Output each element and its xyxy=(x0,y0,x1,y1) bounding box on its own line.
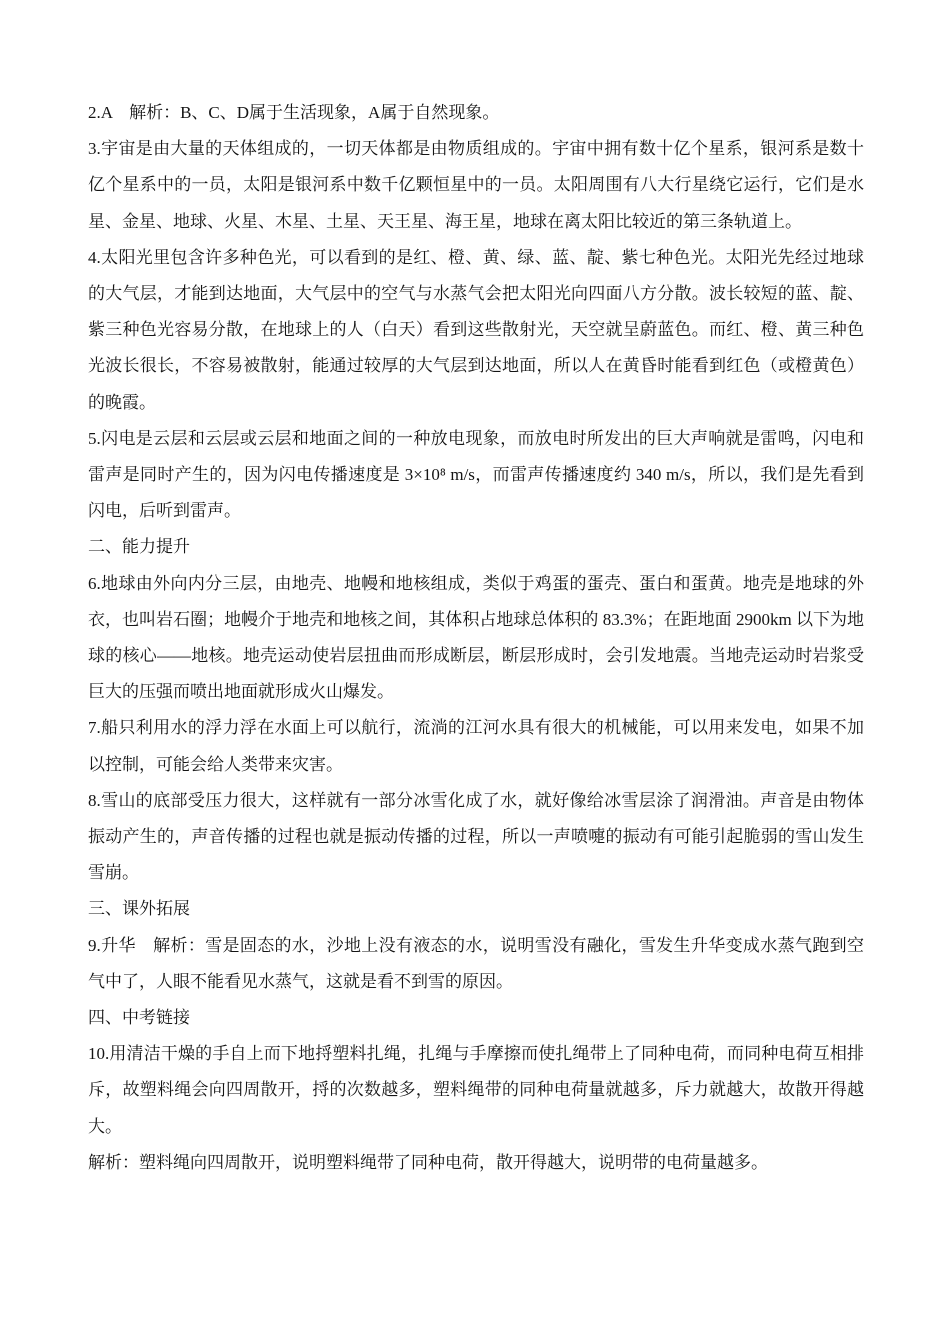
section-heading-ability: 二、能力提升 xyxy=(88,529,864,565)
paragraph-answer-8: 8.雪山的底部受压力很大，这样就有一部分冰雪化成了水，就好像给冰雪层涂了润滑油。… xyxy=(88,783,864,892)
document-page: 2.A 解析：B、C、D属于生活现象，A属于自然现象。 3.宇宙是由大量的天体组… xyxy=(0,0,950,1344)
section-heading-exam-link: 四、中考链接 xyxy=(88,1000,864,1036)
paragraph-answer-7: 7.船只利用水的浮力浮在水面上可以航行，流淌的江河水具有很大的机械能，可以用来发… xyxy=(88,710,864,782)
section-heading-extracurricular: 三、课外拓展 xyxy=(88,891,864,927)
paragraph-answer-10-analysis: 解析：塑料绳向四周散开，说明塑料绳带了同种电荷，散开得越大，说明带的电荷量越多。 xyxy=(88,1145,864,1181)
paragraph-answer-10: 10.用清洁干燥的手自上而下地捋塑料扎绳，扎绳与手摩擦而使扎绳带上了同种电荷，而… xyxy=(88,1036,864,1145)
paragraph-answer-3: 3.宇宙是由大量的天体组成的，一切天体都是由物质组成的。宇宙中拥有数十亿个星系，… xyxy=(88,131,864,240)
paragraph-answer-6: 6.地球由外向内分三层，由地壳、地幔和地核组成，类似于鸡蛋的蛋壳、蛋白和蛋黄。地… xyxy=(88,566,864,711)
paragraph-answer-4: 4.太阳光里包含许多种色光，可以看到的是红、橙、黄、绿、蓝、靛、紫七种色光。太阳… xyxy=(88,240,864,421)
paragraph-answer-2: 2.A 解析：B、C、D属于生活现象，A属于自然现象。 xyxy=(88,95,864,131)
paragraph-answer-5: 5.闪电是云层和云层或云层和地面之间的一种放电现象，而放电时所发出的巨大声响就是… xyxy=(88,421,864,530)
paragraph-answer-9: 9.升华 解析：雪是固态的水，沙地上没有液态的水，说明雪没有融化，雪发生升华变成… xyxy=(88,928,864,1000)
